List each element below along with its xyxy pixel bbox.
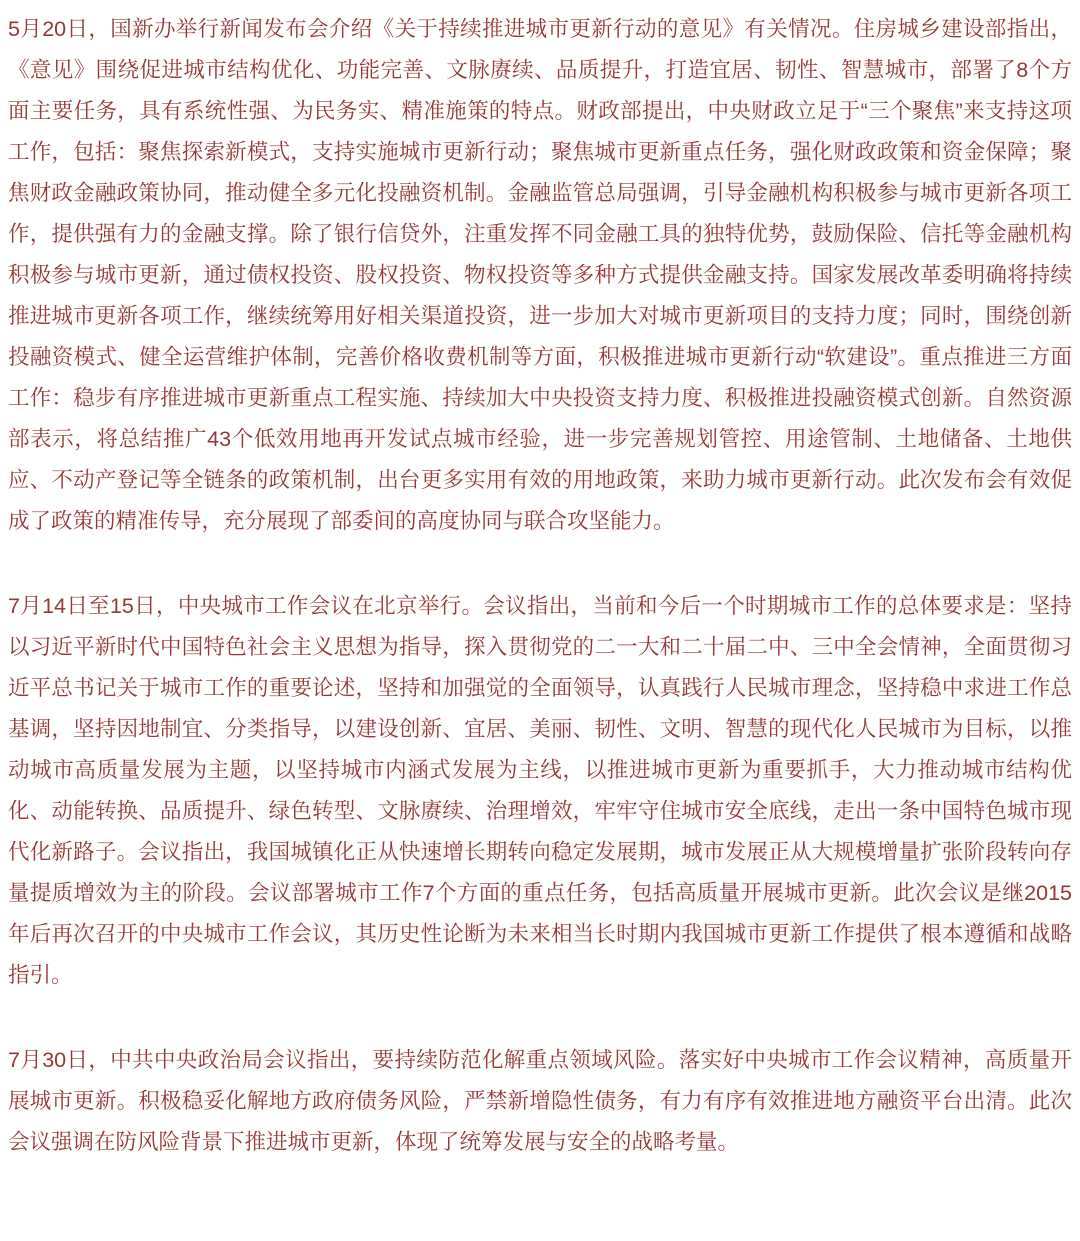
document-page: 5月20日，国新办举行新闻发布会介绍《关于持续推进城市更新行动的意见》有关情况。… (0, 0, 1080, 1241)
paragraph-press-conference-may-20: 5月20日，国新办举行新闻发布会介绍《关于持续推进城市更新行动的意见》有关情况。… (8, 9, 1072, 542)
paragraph-central-urban-work-conference-jul-14-15: 7月14日至15日，中央城市工作会议在北京举行。会议指出，当前和今后一个时期城市… (8, 586, 1072, 996)
paragraph-politburo-meeting-jul-30: 7月30日，中共中央政治局会议指出，要持续防范化解重点领域风险。落实好中央城市工… (8, 1040, 1072, 1163)
